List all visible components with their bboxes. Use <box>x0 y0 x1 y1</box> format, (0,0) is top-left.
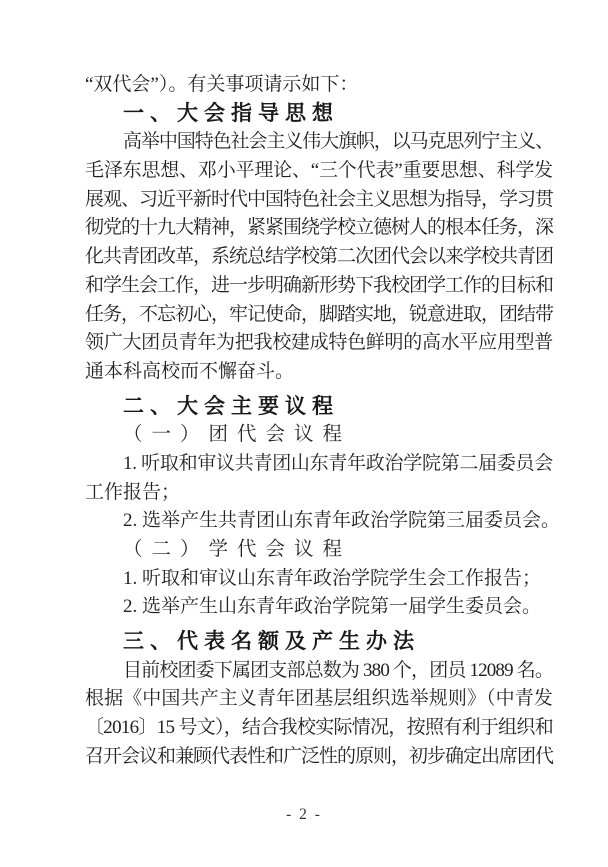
line-text: 目前校团委下属团支部总数为 380 个，团员 12089 名。 <box>123 660 553 681</box>
line-text: 工作报告； <box>85 482 180 503</box>
body-text-line: 化共青团改革，系统总结学校第二次团代会以来学校共青团 <box>85 243 553 272</box>
body-text-line: 根据《中国共产主义青年团基层组织选举规则》（中青发 <box>85 685 553 714</box>
document-page: “双代会”）。有关事项请示如下：一、大会指导思想高举中国特色社会主义伟大旗帜，以… <box>0 0 608 867</box>
line-text: 高举中国特色社会主义伟大旗帜，以马克思列宁主义、 <box>123 131 553 152</box>
body-text-line: 工作报告； <box>85 479 553 508</box>
body-text-line: “双代会”）。有关事项请示如下： <box>85 71 553 100</box>
body-text-line: 高举中国特色社会主义伟大旗帜，以马克思列宁主义、 <box>85 128 553 157</box>
body-text-line: 召开会议和兼顾代表性和广泛性的原则，初步确定出席团代 <box>85 743 553 772</box>
body-text-line: 彻党的十九大精神，紧紧围绕学校立德树人的根本任务，深 <box>85 214 553 243</box>
body-text-line: 2. 选举产生山东青年政治学院第一届学生委员会。 <box>85 593 553 622</box>
body-text-line: 〔2016〕15 号文），结合我校实际情况，按照有利于组织和 <box>85 714 553 743</box>
line-text: 展观、习近平新时代中国特色社会主义思想为指导，学习贯 <box>85 189 553 210</box>
section-heading: 一、大会指导思想 <box>85 100 553 129</box>
document-body: “双代会”）。有关事项请示如下：一、大会指导思想高举中国特色社会主义伟大旗帜，以… <box>85 71 553 772</box>
body-text-line: 1. 听取和审议共青团山东青年政治学院第二届委员会 <box>85 450 553 479</box>
section-heading: 三、代表名额及产生办法 <box>85 628 553 657</box>
line-text: 二、大会主要议程 <box>123 395 339 418</box>
line-text: 毛泽东思想、邓小平理论、“三个代表”重要思想、科学发 <box>85 160 553 181</box>
line-text: 2. 选举产生共青团山东青年政治学院第三届委员会。 <box>123 510 560 531</box>
line-text: 1. 听取和审议共青团山东青年政治学院第二届委员会 <box>123 453 553 474</box>
body-text-line: 领广大团员青年为把我校建成特色鲜明的高水平应用型普 <box>85 329 553 358</box>
line-text: 2. 选举产生山东青年政治学院第一届学生委员会。 <box>123 596 541 617</box>
line-text: 召开会议和兼顾代表性和广泛性的原则，初步确定出席团代 <box>85 746 553 767</box>
body-text-line: 和学生会工作，进一步明确新形势下我校团学工作的目标和 <box>85 272 553 301</box>
body-text-line: 1. 听取和审议山东青年政治学院学生会工作报告； <box>85 565 553 594</box>
line-text: 任务，不忘初心，牢记使命，脚踏实地，锐意进取，团结带 <box>85 304 553 325</box>
sub-heading: （二）学代会议程 <box>85 536 553 565</box>
body-text-line: 展观、习近平新时代中国特色社会主义思想为指导，学习贯 <box>85 186 553 215</box>
line-text: 1. 听取和审议山东青年政治学院学生会工作报告； <box>123 568 541 589</box>
line-text: 一、大会指导思想 <box>123 102 339 125</box>
line-text: 彻党的十九大精神，紧紧围绕学校立德树人的根本任务，深 <box>85 217 553 238</box>
line-text: “双代会”）。有关事项请示如下： <box>85 74 358 95</box>
line-text: （一）团代会议程 <box>123 424 351 445</box>
line-text: 化共青团改革，系统总结学校第二次团代会以来学校共青团 <box>85 246 553 267</box>
line-text: 领广大团员青年为把我校建成特色鲜明的高水平应用型普 <box>85 332 553 353</box>
body-text-line: 目前校团委下属团支部总数为 380 个，团员 12089 名。 <box>85 657 553 686</box>
section-heading: 二、大会主要议程 <box>85 393 553 422</box>
line-text: 和学生会工作，进一步明确新形势下我校团学工作的目标和 <box>85 275 553 296</box>
page-number: - 2 - <box>0 806 608 824</box>
line-text: 通本科高校而不懈奋斗。 <box>85 361 294 382</box>
sub-heading: （一）团代会议程 <box>85 421 553 450</box>
body-text-line: 通本科高校而不懈奋斗。 <box>85 358 553 387</box>
line-text: （二）学代会议程 <box>123 539 351 560</box>
line-text: 〔2016〕15 号文），结合我校实际情况，按照有利于组织和 <box>85 717 553 738</box>
line-text: 三、代表名额及产生办法 <box>123 630 420 653</box>
line-text: 根据《中国共产主义青年团基层组织选举规则》（中青发 <box>85 688 553 709</box>
body-text-line: 2. 选举产生共青团山东青年政治学院第三届委员会。 <box>85 507 553 536</box>
body-text-line: 毛泽东思想、邓小平理论、“三个代表”重要思想、科学发 <box>85 157 553 186</box>
body-text-line: 任务，不忘初心，牢记使命，脚踏实地，锐意进取，团结带 <box>85 301 553 330</box>
